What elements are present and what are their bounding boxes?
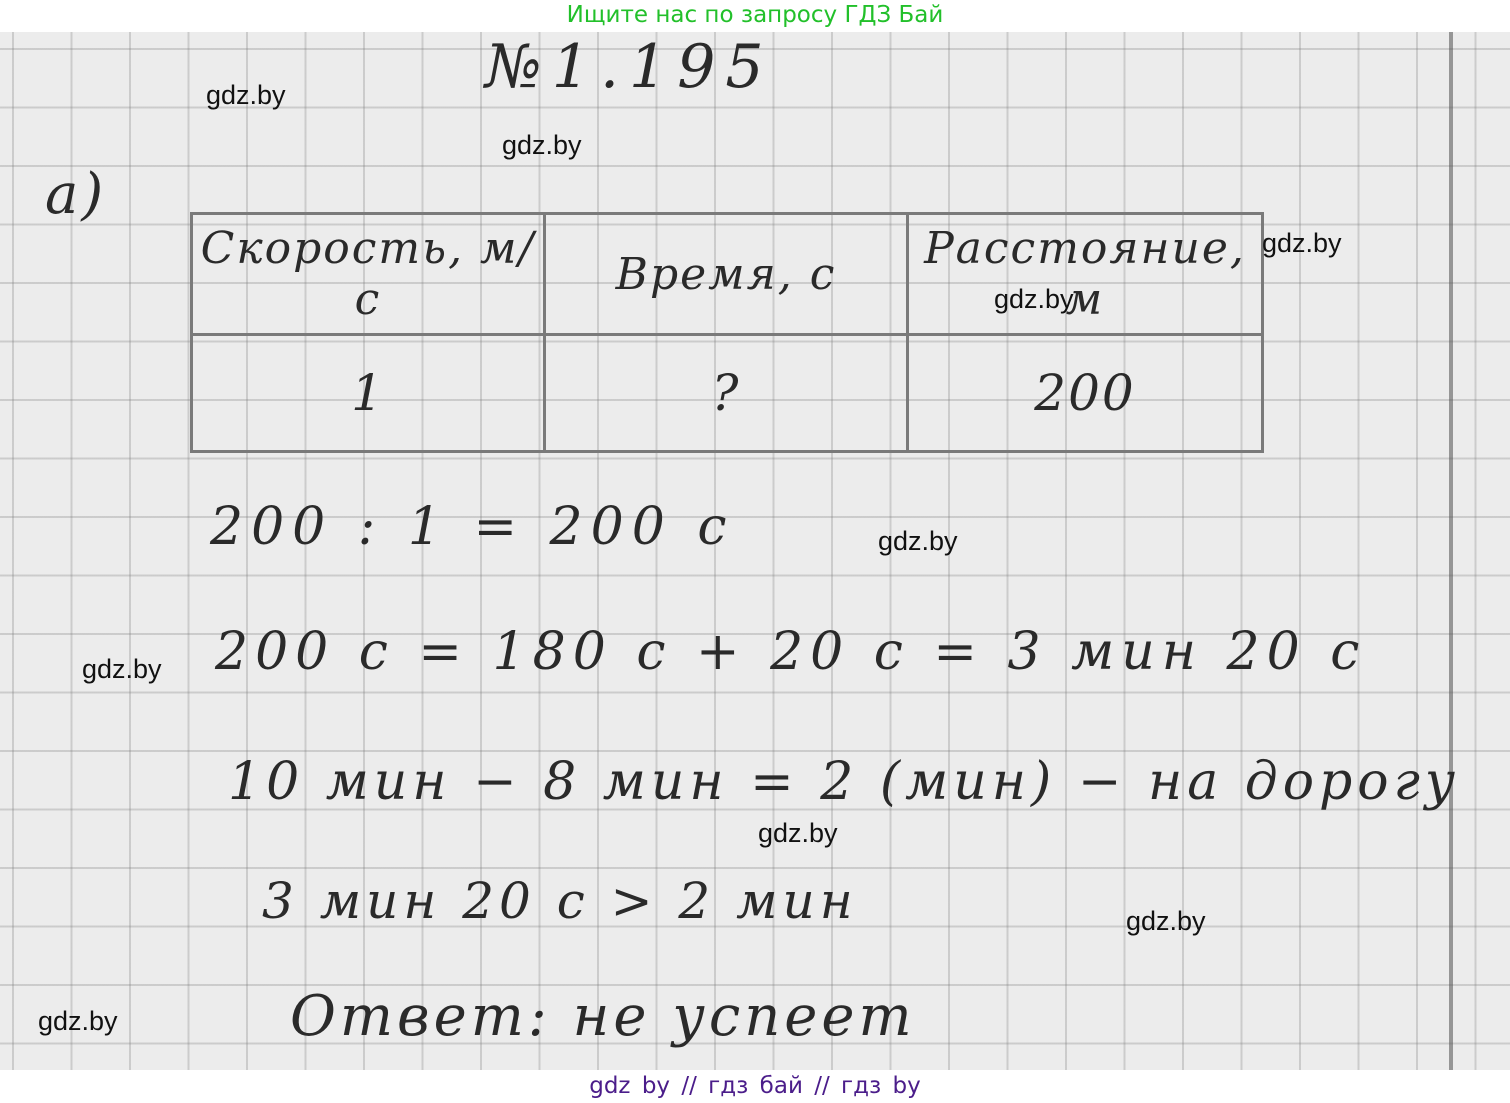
watermark: gdz.by (206, 80, 286, 111)
cell-speed: 1 (192, 335, 545, 452)
watermark: gdz.by (82, 654, 162, 685)
part-label: а) (45, 162, 106, 227)
header-speed: Скорость, м/с (192, 214, 545, 335)
header-distance: Расстояние, м (908, 214, 1263, 335)
watermark: gdz.by (38, 1006, 118, 1037)
watermark: gdz.by (502, 130, 582, 161)
solution-line-2: 200 с = 180 с + 20 с = 3 мин 20 с (215, 622, 1366, 682)
watermark: gdz.by (878, 526, 958, 557)
bottom-banner[interactable]: gdz by // гдз бай // гдз by (0, 1070, 1510, 1103)
watermark: gdz.by (758, 818, 838, 849)
watermark: gdz.by (1262, 228, 1342, 259)
answer-line: Ответ: не успеет (290, 984, 916, 1049)
solution-line-1: 200 : 1 = 200 с (210, 497, 734, 557)
watermark: gdz.by (1126, 906, 1206, 937)
solution-line-3: 10 мин − 8 мин = 2 (мин) − на дорогу (228, 752, 1460, 812)
table-row: 1 ? 200 (192, 335, 1263, 452)
header-time: Время, с (545, 214, 908, 335)
margin-line (1449, 32, 1453, 1070)
cell-distance: 200 (908, 335, 1263, 452)
table-header-row: Скорость, м/с Время, с Расстояние, м (192, 214, 1263, 335)
cell-time: ? (545, 335, 908, 452)
watermark: gdz.by (994, 284, 1074, 315)
notebook-page: №1.195 а) Скорость, м/с Время, с Расстоя… (0, 32, 1510, 1070)
top-banner[interactable]: Ищите нас по запросу ГДЗ Бай (0, 0, 1510, 32)
solution-line-4: 3 мин 20 с > 2 мин (262, 872, 858, 930)
data-table: Скорость, м/с Время, с Расстояние, м 1 ?… (190, 212, 1264, 453)
task-number: №1.195 (485, 32, 774, 102)
